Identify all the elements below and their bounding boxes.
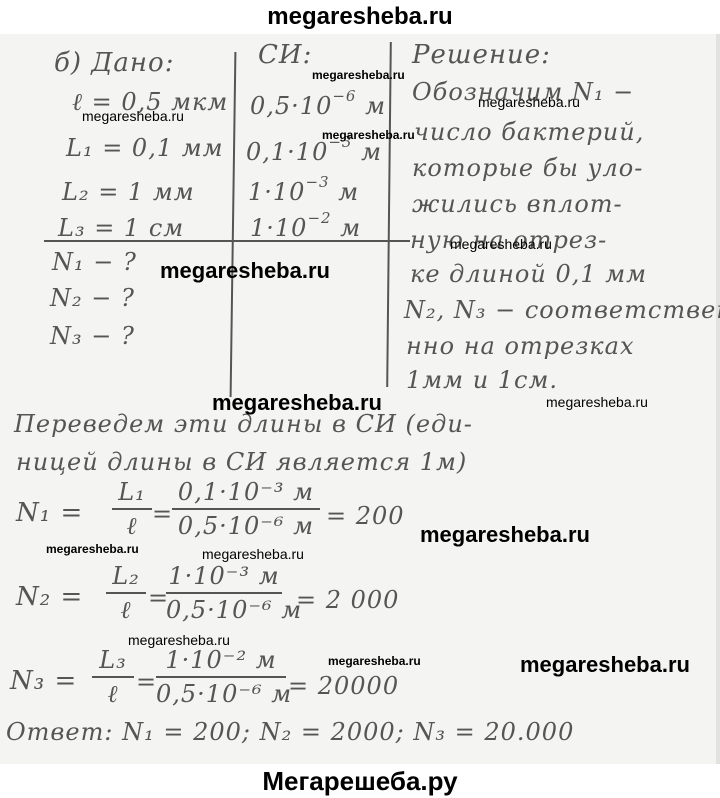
solution-line-9: 1мм и 1см. — [406, 366, 558, 394]
equation-2-numeric-fraction: 1·10⁻³ м0,5·10⁻⁶ м — [166, 562, 282, 624]
solution-line-6: ке длиной 0,1 мм — [410, 260, 647, 288]
equation-2-result: = 2 000 — [296, 586, 399, 614]
given-row-3: L₂ = 1 мм — [62, 178, 195, 206]
site-footer: Мегарешеба.ру — [0, 764, 720, 798]
equation-3-result: = 20000 — [288, 672, 399, 700]
si-row-4: 1·10−2 м — [250, 214, 361, 242]
watermark: megaresheba.ru — [420, 522, 590, 548]
watermark: megaresheba.ru — [520, 652, 690, 678]
watermark: megaresheba.ru — [212, 390, 382, 416]
watermark: megaresheba.ru — [546, 394, 648, 410]
watermark: megaresheba.ru — [312, 68, 405, 82]
solution-line-2: число бактерий, — [414, 118, 644, 146]
solution-heading: Решение: — [412, 40, 551, 70]
watermark: megaresheba.ru — [478, 94, 580, 110]
given-row-2: L₁ = 0,1 мм — [66, 134, 224, 162]
conversion-note-line-2: ницей длины в СИ является 1м) — [16, 448, 467, 476]
watermark: megaresheba.ru — [322, 128, 415, 142]
equation-2-lhs: N₂ = — [16, 582, 83, 612]
equals-sign: = — [136, 668, 157, 696]
si-row-3: 1·10−3 м — [248, 178, 359, 206]
answer-line: Ответ: N₁ = 200; N₂ = 2000; N₃ = 20.000 — [6, 718, 574, 746]
si-row-1: 0,5·10−6 м — [250, 92, 386, 120]
solution-line-8: нно на отрезках — [406, 332, 634, 360]
solution-line-4: жились вплот- — [412, 190, 623, 218]
equation-2-symbolic-fraction: L₂ℓ — [106, 562, 146, 625]
equation-3-symbolic-fraction: L₃ℓ — [92, 646, 134, 709]
watermark: megaresheba.ru — [328, 654, 421, 668]
si-row-2: 0,1·10−3 м — [246, 138, 382, 166]
table-divider-right — [386, 42, 392, 387]
solution-line-7: N₂, N₃ − соответствен- — [404, 296, 720, 324]
si-heading: СИ: — [258, 40, 312, 70]
given-heading: б) Дано: — [54, 48, 174, 78]
equation-1-lhs: N₁ = — [16, 498, 83, 528]
watermark: megaresheba.ru — [202, 546, 304, 562]
solution-line-3: которые бы уло- — [412, 154, 643, 182]
watermark: megaresheba.ru — [450, 236, 552, 252]
equation-1-numeric-fraction: 0,1·10⁻³ м0,5·10⁻⁶ м — [172, 478, 320, 540]
watermark: megaresheba.ru — [160, 258, 330, 284]
handwritten-sheet: б) Дано: СИ: ℓ = 0,5 мкм L₁ = 0,1 мм L₂ … — [0, 34, 720, 764]
equals-sign: = — [152, 500, 173, 528]
equation-1-symbolic-fraction: L₁ℓ — [112, 478, 152, 541]
equation-3-numeric-fraction: 1·10⁻² м0,5·10⁻⁶ м — [156, 646, 286, 708]
watermark: megaresheba.ru — [128, 632, 230, 648]
watermark: megaresheba.ru — [82, 108, 184, 124]
unknown-2: N₂ − ? — [50, 284, 135, 312]
unknown-3: N₃ − ? — [50, 322, 135, 350]
equation-3-lhs: N₃ = — [10, 666, 77, 696]
equation-1-result: = 200 — [326, 502, 405, 530]
site-header: megaresheba.ru — [0, 0, 720, 34]
unknown-1: N₁ − ? — [52, 248, 137, 276]
table-divider-left — [230, 52, 237, 397]
given-row-4: L₃ = 1 см — [58, 214, 184, 242]
watermark: megaresheba.ru — [46, 542, 139, 556]
